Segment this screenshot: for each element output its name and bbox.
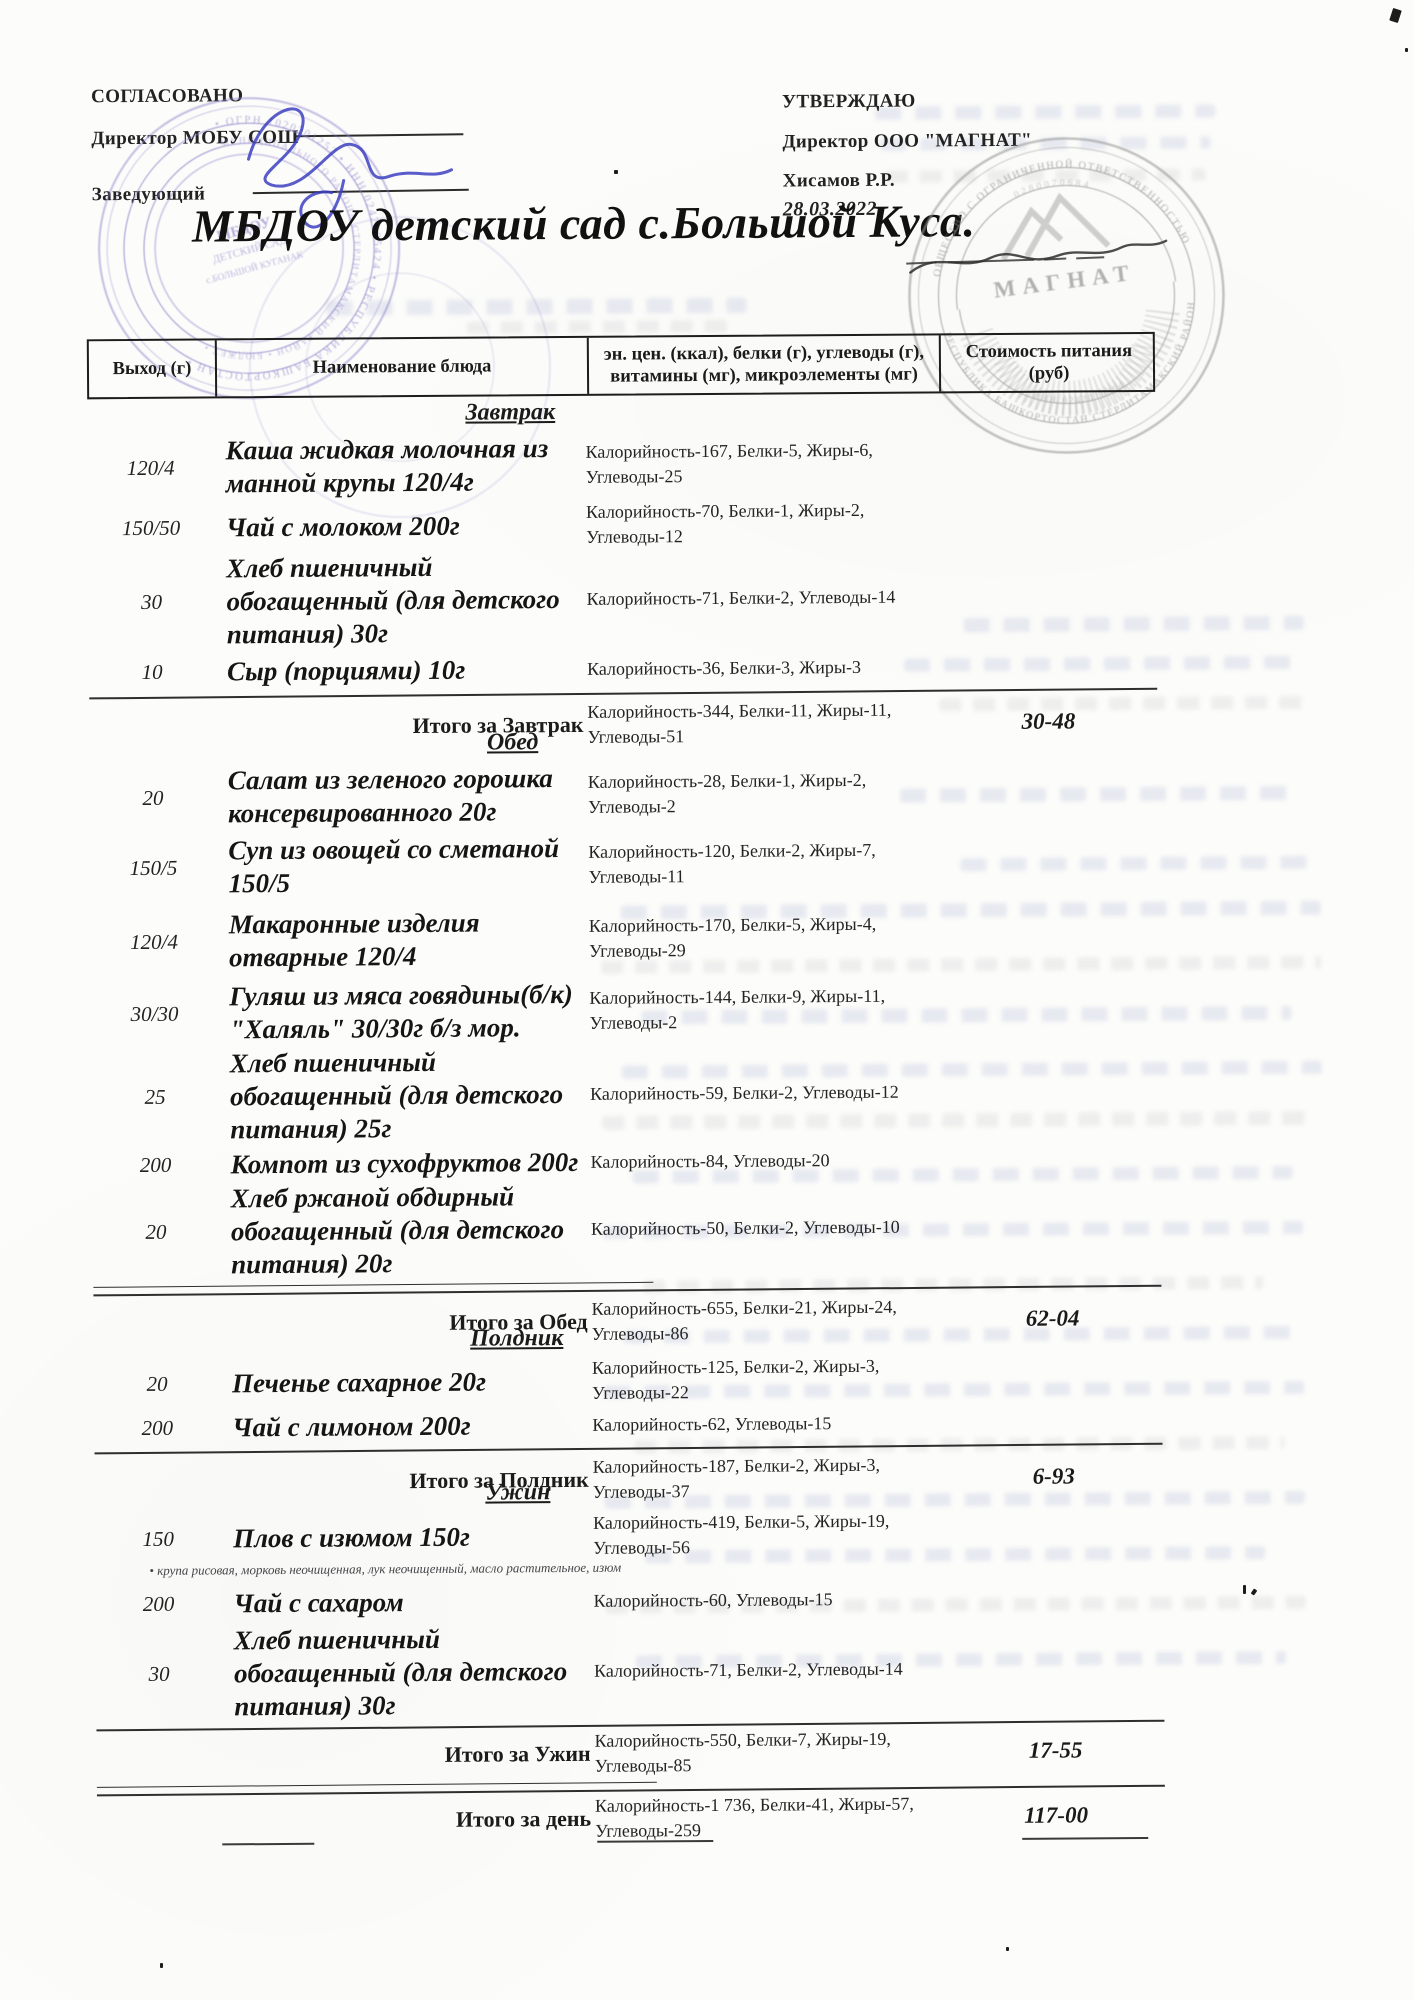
header-nutrition: эн. цен. (ккал), белки (г), углеводы (г)… [587,335,939,393]
dish-name: Чай с сахаром [221,1584,593,1620]
menu-row: 150/50 Чай с молоком 200г Калорийность-7… [88,496,1156,553]
total-price: 17-55 [947,1737,1165,1765]
price-cell [941,935,1159,937]
dish-name: Хлеб пшеничный обогащенный (для детского… [222,1622,595,1724]
section-title: Полдник [94,1322,940,1355]
divider-line [97,1782,657,1788]
header-dish: Наименование блюда [215,338,587,397]
menu-row: 20 Салат из зеленого горошка консервиров… [90,756,1158,833]
document-content: СОГЛАСОВАНО Директор МОБУ СОШ Заведующий… [0,0,1414,2000]
handwritten-signature-dark [898,219,1189,301]
stray-line [597,1840,713,1843]
dish-name: Макаронные изделия отварные 120/4 [217,906,589,975]
price-cell [940,791,1158,793]
nutrition-info: Калорийность-120, Белки-2, Жиры-7, Углев… [588,837,940,889]
nutrition-info: Калорийность-167, Белки-5, Жиры-6, Углев… [585,437,937,489]
price-cell [946,1667,1164,1669]
portion-size: 30 [96,1661,222,1687]
nutrition-info: Калорийность-71, Белки-2, Углеводы-14 [587,584,939,611]
portion-size: 150/5 [90,855,216,881]
stray-line [222,1843,314,1846]
scan-artifact [1243,1585,1246,1594]
menu-row: 20 Печенье сахарное 20г Калорийность-125… [94,1352,1162,1409]
menu-row: 30/30 Гуляш из мяса говядины(б/к) "Халял… [91,974,1159,1047]
price-cell [939,665,1157,667]
stamp-ring-numbers: 0280070684 [1012,174,1094,201]
portion-size: 20 [94,1371,220,1397]
bleed-through-artifacts [0,0,1408,5]
price-cell [943,1225,1161,1227]
header-portion: Выход (г) [89,340,215,397]
portion-size: 20 [90,785,216,811]
portion-size: 120/4 [88,455,214,481]
dish-name: Сыр (порциями) 10г [215,652,587,688]
svg-text:0280070684: 0280070684 [1012,174,1094,201]
portion-size: 20 [93,1219,219,1245]
nutrition-info: Калорийность-71, Белки-2, Углеводы-14 [594,1656,946,1683]
section-dinner: Ужин 150 Плов с изюмом 150г Калорийность… [95,1469,1166,1847]
menu-row: 120/4 Макаронные изделия отварные 120/4 … [91,896,1160,981]
nutrition-info: Калорийность-50, Белки-2, Углеводы-10 [591,1214,943,1241]
portion-size: 30 [89,589,215,615]
nutrition-info: Калорийность-125, Белки-2, Жиры-3, Углев… [592,1353,944,1405]
nutrition-info: Калорийность-59, Белки-2, Углеводы-12 [590,1079,942,1106]
nutrition-info: Калорийность-70, Белки-1, Жиры-2, Углево… [586,497,938,549]
dish-name: Печенье сахарное 20г [220,1364,592,1400]
scan-artifact [160,1963,163,1968]
section-breakfast: Завтрак 120/4 Каша жидкая молочная из ма… [87,389,1157,756]
header-cost: Стоимость питания (руб) [939,334,1157,392]
menu-row: 10 Сыр (порциями) 10г Калорийность-36, Б… [89,645,1157,692]
nutrition-info: Калорийность-36, Белки-3, Жиры-3 [587,654,939,681]
price-cell [941,1007,1159,1009]
price-cell [938,461,1156,463]
portion-size: 30/30 [91,1001,217,1027]
dish-name: Чай с молоком 200г [214,508,586,544]
scanned-menu-document: СОГЛАСОВАНО Директор МОБУ СОШ Заведующий… [0,0,1414,2000]
nutrition-info: Калорийность-62, Углеводы-15 [592,1410,944,1437]
section-title: Ужин [95,1476,941,1509]
scan-artifact [1405,48,1408,52]
menu-row: 25 Хлеб пшеничный обогащенный (для детск… [92,1040,1161,1147]
total-row-dinner: Итого за Ужин Калорийность-550, Белки-7,… [96,1725,1164,1782]
menu-row: 200 Чай с сахаром Калорийность-60, Углев… [95,1576,1163,1625]
director-name: Хисамов Р.Р. [783,170,895,193]
dish-name: Суп из овощей со сметаной 150/5 [216,832,588,901]
total-label: Итого за Ужин [97,1741,595,1770]
dish-name: Салат из зеленого горошка консервированн… [216,762,588,831]
price-cell [943,1158,1161,1160]
approved-label: УТВЕРЖДАЮ [782,91,916,114]
price-cell [946,1597,1164,1599]
section-title: Завтрак [87,396,933,429]
nutrition-info: Калорийность-84, Углеводы-20 [590,1147,942,1174]
portion-size: 200 [94,1415,220,1441]
portion-size: 10 [89,659,215,685]
dish-name: Чай с лимоном 200г [220,1408,592,1444]
portion-size: 150 [95,1526,221,1552]
menu-row: 20 Хлеб ржаной обдирный обогащенный (для… [93,1176,1162,1282]
price-cell [944,1377,1162,1379]
day-total-label: Итого за день [97,1806,595,1835]
scan-artifact [614,170,618,174]
price-cell [939,595,1157,597]
price-cell [940,861,1158,863]
divider-line [93,1282,653,1288]
nutrition-info: Калорийность-60, Углеводы-15 [594,1586,946,1613]
nutrition-info: Калорийность-144, Белки-9, Жиры-11, Угле… [589,983,941,1035]
day-total-price: 117-00 [947,1802,1165,1830]
day-total-nutrition: Калорийность-1 736, Белки-41, Жиры-57, У… [595,1791,947,1843]
section-title: Обед [90,726,936,759]
portion-size: 120/4 [91,929,217,955]
nutrition-info: Калорийность-170, Белки-5, Жиры-4, Углев… [589,911,941,963]
menu-row: 150/5 Суп из овощей со сметаной 150/5 Ка… [90,826,1158,903]
section-lunch: Обед 20 Салат из зеленого горошка консер… [89,719,1161,1353]
dish-name: Хлеб пшеничный обогащенный (для детского… [218,1044,591,1146]
dish-name: Гуляш из мяса говядины(б/к) "Халяль" 30/… [217,978,589,1047]
nutrition-info: Калорийность-419, Белки-5, Жиры-19, Угле… [593,1508,945,1560]
dish-name: Компот из сухофруктов 200г [218,1145,590,1181]
price-cell [944,1421,1162,1423]
menu-row: 200 Чай с лимоном 200г Калорийность-62, … [94,1402,1162,1447]
portion-size: 25 [92,1084,218,1110]
menu-row: 30 Хлеб пшеничный обогащенный (для детск… [96,1618,1165,1724]
portion-size: 150/50 [88,515,214,541]
portion-size: 200 [92,1152,218,1178]
dish-name: Хлеб ржаной обдирный обогащенный (для де… [219,1180,592,1282]
dish-name: Плов с изюмом 150г [221,1519,593,1555]
total-nutrition: Калорийность-550, Белки-7, Жиры-19, Угле… [594,1726,946,1778]
price-cell [938,521,1156,523]
bleed-through-line [875,104,1215,119]
menu-row: 120/4 Каша жидкая молочная из манной кру… [87,426,1155,503]
menu-row: 30 Хлеб пшеничный обогащенный (для детск… [88,546,1157,652]
price-cell [945,1532,1163,1534]
dish-name: Хлеб пшеничный обогащенный (для детского… [214,550,587,652]
price-cell [942,1090,1160,1092]
dish-name: Каша жидкая молочная из манной крупы 120… [213,432,585,501]
nutrition-info: Калорийность-28, Белки-1, Жиры-2, Углево… [588,767,940,819]
portion-size: 200 [96,1591,222,1617]
stray-line [1022,1837,1148,1840]
scan-artifact [1006,1947,1009,1951]
